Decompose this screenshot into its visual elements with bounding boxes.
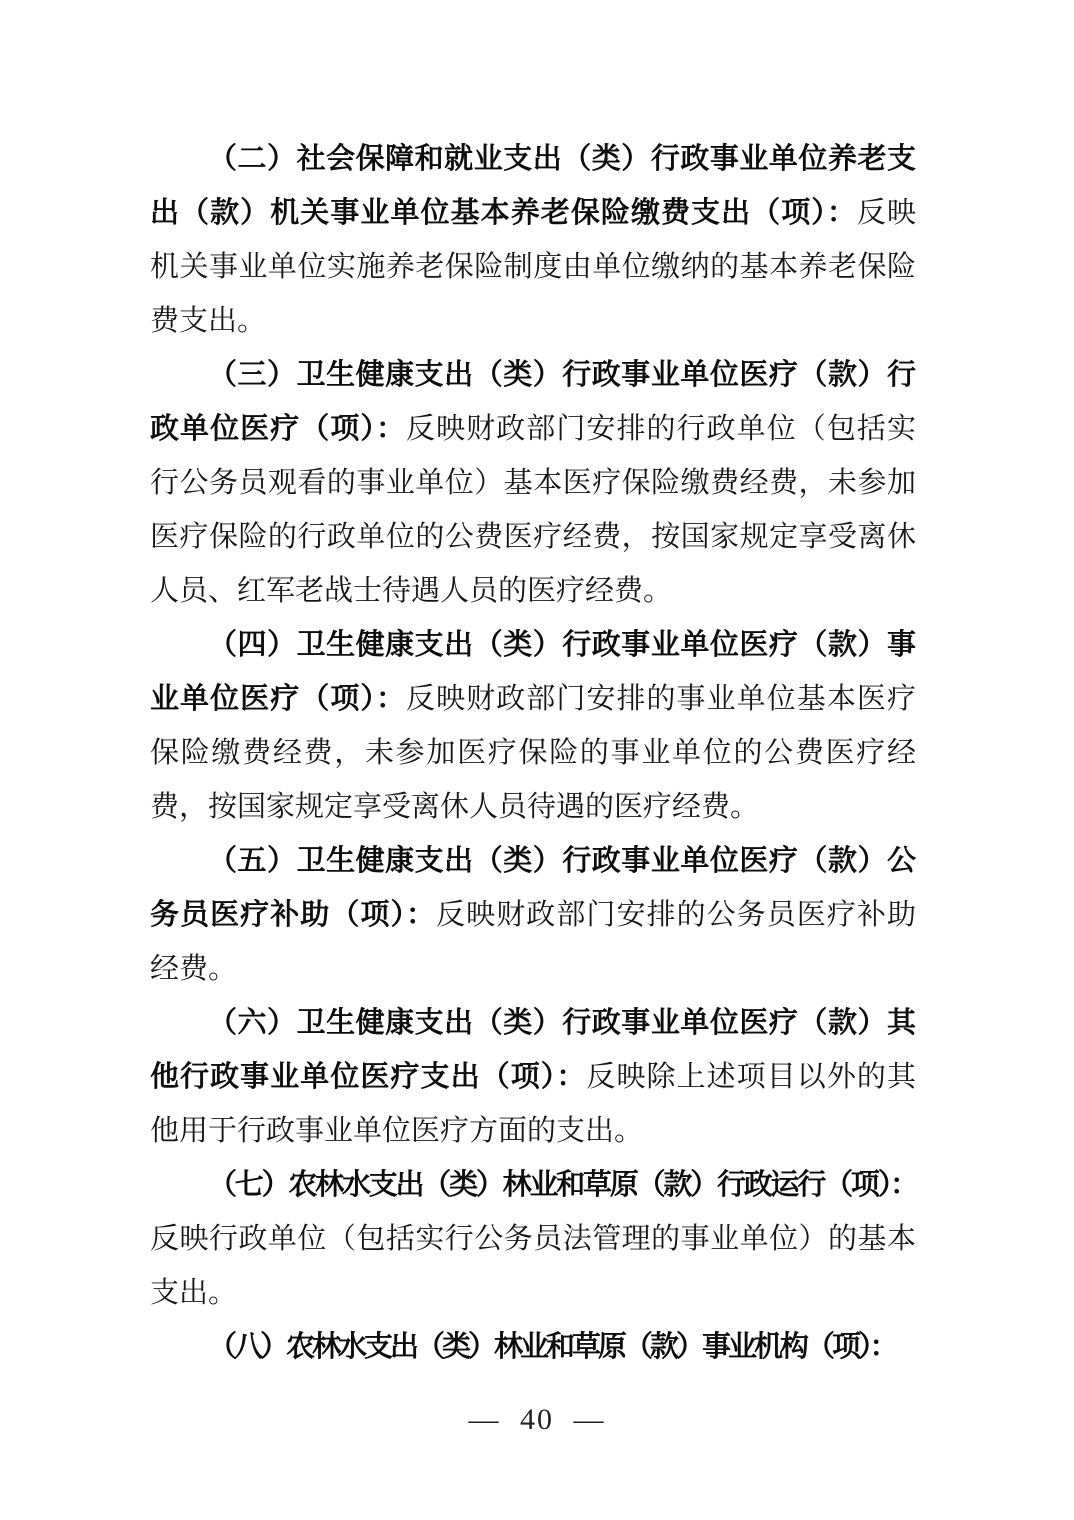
document-body: （二）社会保障和就业支出（类）行政事业单位养老支出（款）机关事业单位基本养老保险… — [150, 132, 916, 1374]
paragraph-heading: （八）农林水支出（类）林业和草原（款）事业机构（项）： — [208, 1331, 896, 1363]
document-page: （二）社会保障和就业支出（类）行政事业单位养老支出（款）机关事业单位基本养老保险… — [0, 0, 1074, 1520]
paragraph-2: （二）社会保障和就业支出（类）行政事业单位养老支出（款）机关事业单位基本养老保险… — [150, 132, 916, 348]
paragraph-heading: （七）农林水支出（类）林业和草原（款）行政运行（项）： — [208, 1169, 916, 1201]
paragraph-3: （三）卫生健康支出（类）行政事业单位医疗（款）行政单位医疗（项）：反映财政部门安… — [150, 348, 916, 618]
paragraph-body: 反映行政单位（包括实行公务员法管理的事业单位）的基本支出。 — [150, 1223, 916, 1309]
paragraph-7: （七）农林水支出（类）林业和草原（款）行政运行（项）：反映行政单位（包括实行公务… — [150, 1158, 916, 1320]
page-number: — 40 — — [0, 1403, 1074, 1437]
paragraph-6: （六）卫生健康支出（类）行政事业单位医疗（款）其他行政事业单位医疗支出（项）：反… — [150, 996, 916, 1158]
paragraph-heading: （二）社会保障和就业支出（类）行政事业单位养老支出（款）机关事业单位基本养老保险… — [150, 143, 916, 229]
paragraph-8: （八）农林水支出（类）林业和草原（款）事业机构（项）： — [150, 1320, 916, 1374]
paragraph-4: （四）卫生健康支出（类）行政事业单位医疗（款）事业单位医疗（项）：反映财政部门安… — [150, 618, 916, 834]
paragraph-5: （五）卫生健康支出（类）行政事业单位医疗（款）公务员医疗补助（项）：反映财政部门… — [150, 834, 916, 996]
